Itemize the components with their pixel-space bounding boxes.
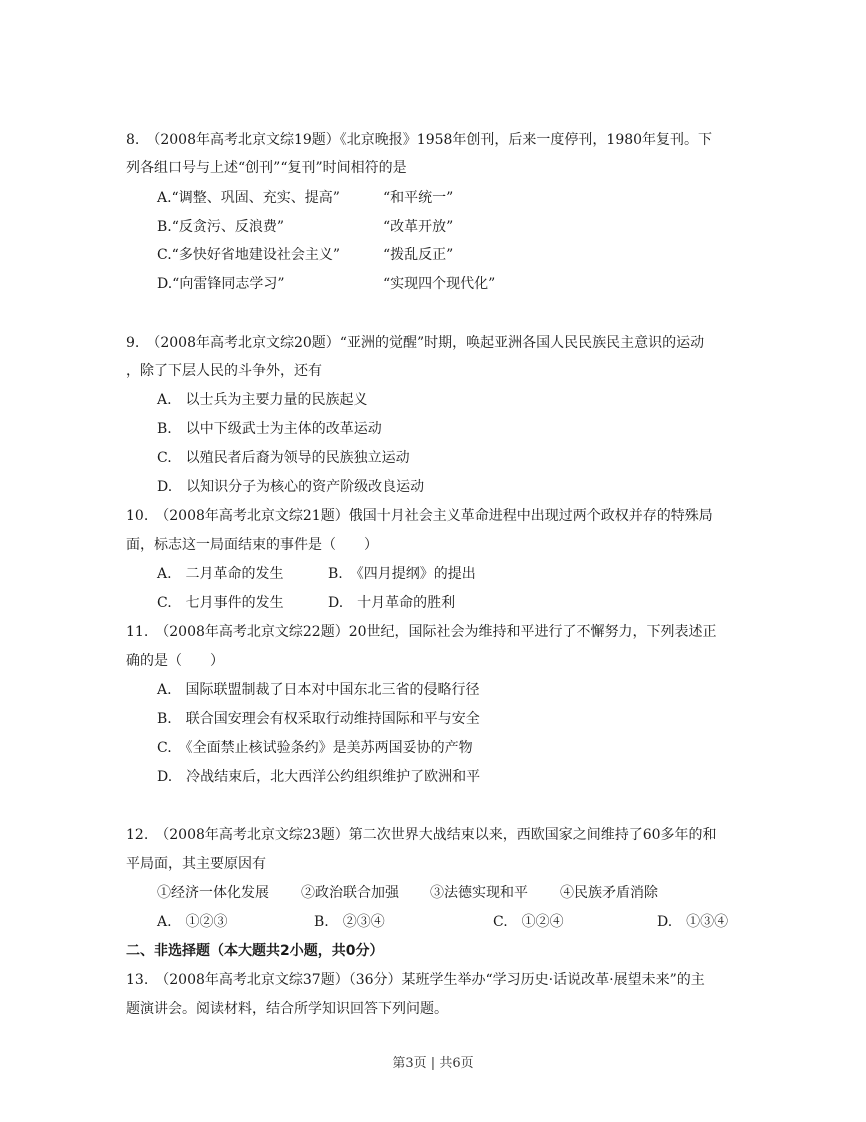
- q12-item-4: ④民族矛盾消除: [560, 883, 658, 903]
- q12-stem-line1: 12. （2008年高考北京文综23题）第二次世界大战结束以来，西欧国家之间维持…: [126, 825, 717, 845]
- q11-option-c: C. 《全面禁止核试验条约》是美苏两国妥协的产物: [157, 738, 473, 758]
- q8-stem-line1: 8. （2008年高考北京文综19题）《北京晚报》1958年创刊，后来一度停刊，…: [126, 130, 712, 150]
- page-number: 第3页 | 共6页: [0, 1052, 866, 1071]
- q10-option-a: A. 二月革命的发生: [157, 564, 284, 584]
- q10-stem-line2: 面，标志这一局面结束的事件是（ ）: [126, 535, 378, 555]
- q13-stem-line1: 13. （2008年高考北京文综37题）（36分）某班学生举办“学习历史·话说改…: [126, 970, 705, 990]
- q10-option-b: B. 《四月提纲》的提出: [328, 564, 476, 584]
- q9-option-b: B. 以中下级武士为主体的改革运动: [157, 419, 382, 439]
- section-heading: 二、非选择题（本大题共2小题，共0分）: [126, 941, 383, 961]
- q13-stem-line2: 题演讲会。阅读材料，结合所学知识回答下列问题。: [126, 999, 448, 1019]
- q11-stem-line2: 确的是（ ）: [126, 651, 224, 671]
- q10-option-d: D. 十月革命的胜利: [328, 593, 455, 613]
- q8-option-a-left: A.“调整、巩固、充实、提高”: [157, 188, 340, 208]
- q9-stem-line1: 9. （2008年高考北京文综20题）“亚洲的觉醒”时期，唤起亚洲各国人民民族民…: [126, 333, 704, 353]
- q12-option-d: D. ①③④: [657, 912, 728, 932]
- q8-stem-line2: 列各组口号与上述“创刊”“复刊”时间相符的是: [126, 158, 407, 178]
- q9-stem-line2: ，除了下层人民的斗争外，还有: [126, 361, 322, 381]
- q8-option-b-right: “改革开放”: [383, 217, 453, 237]
- q8-option-d-right: “实现四个现代化”: [383, 274, 495, 294]
- q8-option-d-left: D.“向雷锋同志学习”: [157, 274, 285, 294]
- q12-stem-line2: 平局面，其主要原因有: [126, 854, 266, 874]
- q12-item-3: ③法德实现和平: [430, 883, 528, 903]
- q9-option-c: C. 以殖民者后裔为领导的民族独立运动: [157, 448, 410, 468]
- q8-option-a-right: “和平统一”: [383, 188, 453, 208]
- q11-option-d: D. 冷战结束后，北大西洋公约组织维护了欧洲和平: [157, 767, 480, 787]
- q12-item-1: ①经济一体化发展: [157, 883, 269, 903]
- q9-option-a: A. 以士兵为主要力量的民族起义: [157, 390, 368, 410]
- q10-stem-line1: 10. （2008年高考北京文综21题）俄国十月社会主义革命进程中出现过两个政权…: [126, 506, 713, 526]
- q8-option-b-left: B.“反贪污、反浪费”: [157, 217, 284, 237]
- q11-option-b: B. 联合国安理会有权采取行动维持国际和平与安全: [157, 709, 480, 729]
- q11-stem-line1: 11. （2008年高考北京文综22题）20世纪，国际社会为维持和平进行了不懈努…: [126, 622, 717, 642]
- q8-option-c-right: “拨乱反正”: [383, 245, 453, 265]
- q12-option-a: A. ①②③: [157, 912, 228, 932]
- q8-option-c-left: C.“多快好省地建设社会主义”: [157, 245, 340, 265]
- q12-option-b: B. ②③④: [314, 912, 385, 932]
- q12-item-2: ②政治联合加强: [301, 883, 399, 903]
- q10-option-c: C. 七月事件的发生: [157, 593, 284, 613]
- q9-option-d: D. 以知识分子为核心的资产阶级改良运动: [157, 477, 424, 497]
- q11-option-a: A. 国际联盟制裁了日本对中国东北三省的侵略行径: [157, 680, 480, 700]
- q12-option-c: C. ①②④: [493, 912, 564, 932]
